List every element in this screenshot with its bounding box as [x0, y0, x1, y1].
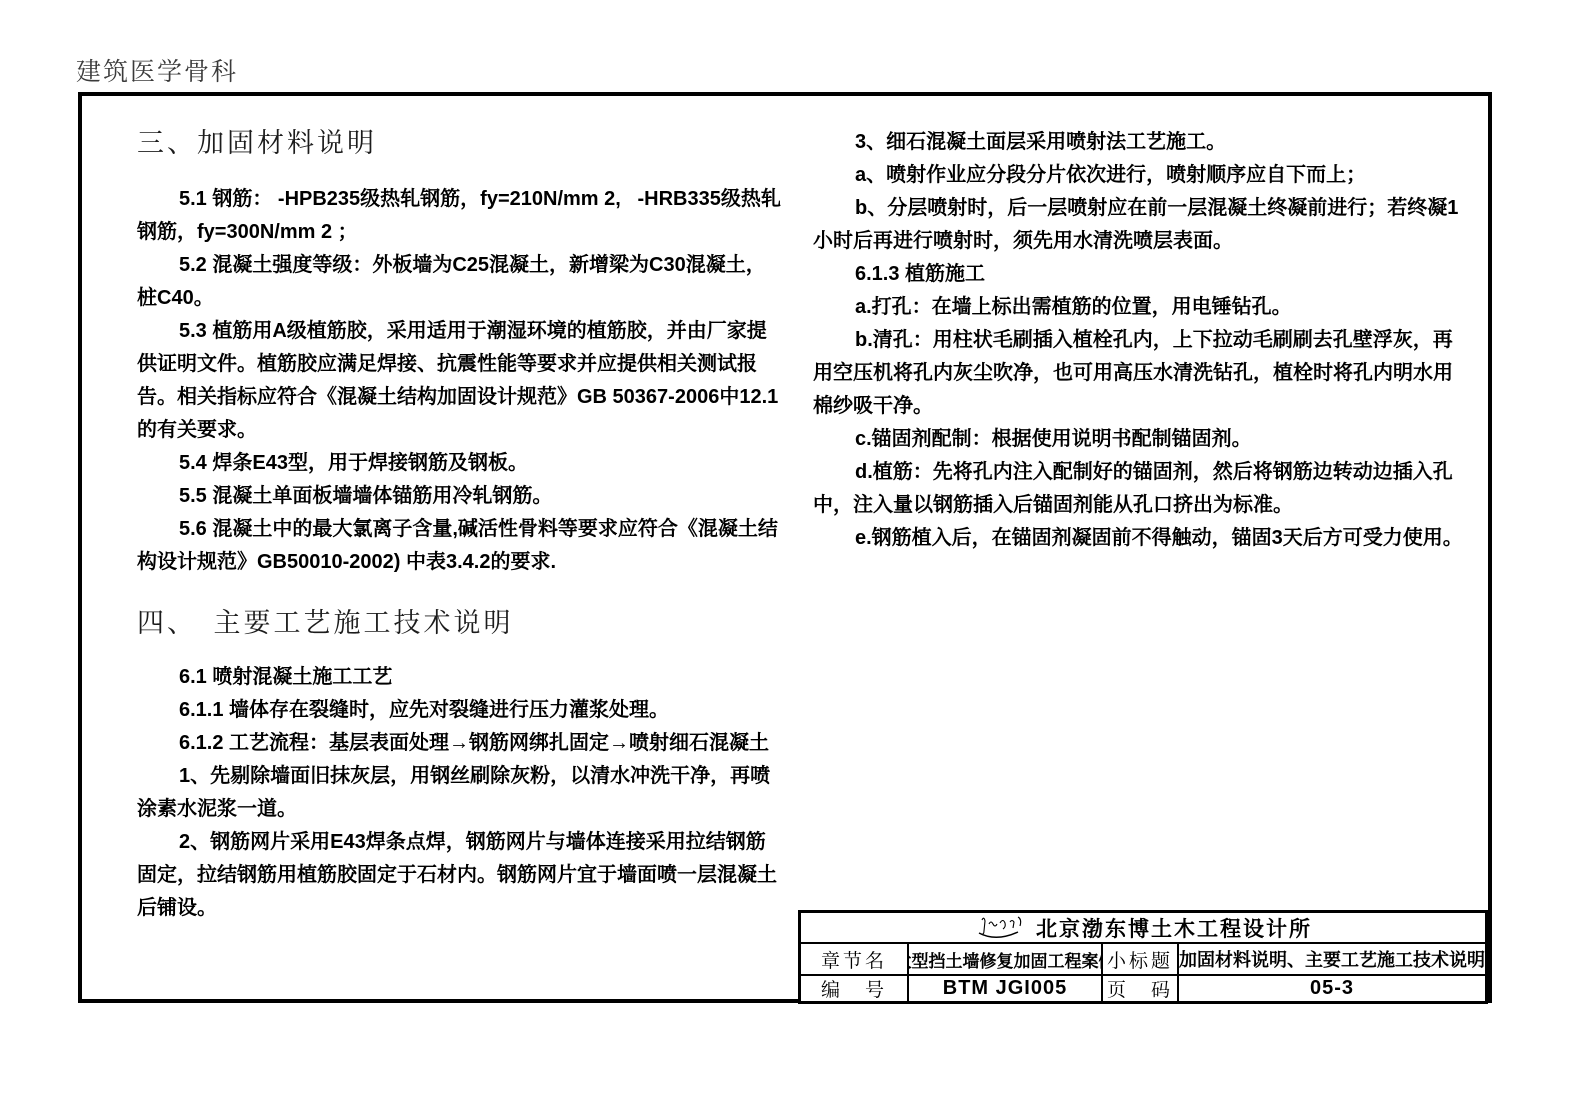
pagecode-label-cell: 页 码: [1101, 974, 1177, 1001]
section-4-item: 6.1.1 墙体存在裂缝时，应先对裂缝进行压力灌浆处理。: [137, 694, 782, 727]
section-4-item: 6.1.2 工艺流程：基层表面处理→钢筋网绑扎固定→喷射细石混凝土: [137, 727, 782, 760]
signature-logo-icon: [974, 914, 1026, 942]
subtitle-value-cell: 加固材料说明、主要工艺施工技术说明: [1177, 942, 1485, 974]
right-column-item: e.钢筋植入后，在锚固剂凝固前不得触动，锚固3天后方可受力使用。: [813, 522, 1463, 555]
section-3-item: 5.5 混凝土单面板墙墙体锚筋用冷轧钢筋。: [137, 480, 782, 513]
section-4-item: 2、钢筋网片采用E43焊条点焊，钢筋网片与墙体连接采用拉结钢筋固定，拉结钢筋用植…: [137, 826, 782, 925]
number-value-cell: BTM JGI005: [907, 974, 1101, 1001]
pagecode-value-cell: 05-3: [1177, 974, 1485, 1001]
title-block: 北京渤东博土木工程设计所 章节名 大型挡土墙修复加固工程案例 小标题 加固材料说…: [798, 910, 1488, 1004]
subtitle-value: 加固材料说明、主要工艺施工技术说明: [1179, 946, 1485, 972]
section-4-item: 1、先剔除墙面旧抹灰层，用钢丝刷除灰粉，以清水冲洗干净，再喷涂素水泥浆一道。: [137, 760, 782, 826]
number-label: 编 号: [821, 975, 887, 1001]
section-3-item: 5.2 混凝土强度等级：外板墙为C25混凝土，新增梁为C30混凝土，桩C40。: [137, 249, 782, 315]
right-column-item: a、喷射作业应分段分片依次进行，喷射顺序应自下而上；: [813, 159, 1463, 192]
page-header: 建筑医学骨科: [76, 52, 238, 88]
number-value: BTM JGI005: [943, 977, 1067, 1000]
right-column-item: 3、细石混凝土面层采用喷射法工艺施工。: [813, 126, 1463, 159]
right-column-item: 6.1.3 植筋施工: [813, 258, 1463, 291]
number-label-cell: 编 号: [801, 974, 907, 1001]
section-4-item: 6.1 喷射混凝土施工工艺: [137, 661, 782, 694]
section-3-item: 5.3 植筋用A级植筋胶，采用适用于潮湿环境的植筋胶，并由厂家提供证明文件。植筋…: [137, 315, 782, 447]
right-column: 3、细石混凝土面层采用喷射法工艺施工。 a、喷射作业应分段分片依次进行，喷射顺序…: [813, 126, 1463, 555]
pagecode-value: 05-3: [1310, 977, 1354, 1000]
chapter-value-cell: 大型挡土墙修复加固工程案例: [907, 942, 1101, 974]
right-column-item: d.植筋：先将孔内注入配制好的锚固剂，然后将钢筋边转动边插入孔中，注入量以钢筋插…: [813, 456, 1463, 522]
right-column-item: b、分层喷射时，后一层喷射应在前一层混凝土终凝前进行；若终凝1小时后再进行喷射时…: [813, 192, 1463, 258]
section-3-title: 三、加固材料说明: [137, 123, 782, 163]
title-block-company-row: 北京渤东博土木工程设计所: [801, 913, 1485, 942]
right-column-item: c.锚固剂配制：根据使用说明书配制锚固剂。: [813, 423, 1463, 456]
section-4-title: 四、 主要工艺施工技术说明: [137, 603, 782, 643]
section-3-item: 5.4 焊条E43型，用于焊接钢筋及钢板。: [137, 447, 782, 480]
company-name: 北京渤东博土木工程设计所: [1036, 913, 1312, 943]
left-column: 三、加固材料说明 5.1 钢筋： -HPB235级热轧钢筋，fy=210N/mm…: [137, 123, 782, 925]
subtitle-label: 小标题: [1107, 946, 1173, 973]
chapter-value: 大型挡土墙修复加固工程案例: [907, 947, 1101, 972]
right-column-item: a.打孔：在墙上标出需植筋的位置，用电锤钻孔。: [813, 291, 1463, 324]
subtitle-label-cell: 小标题: [1101, 942, 1177, 974]
section-3-item: 5.6 混凝土中的最大氯离子含量,碱活性骨料等要求应符合《混凝土结构设计规范》G…: [137, 513, 782, 579]
section-3-item: 5.1 钢筋： -HPB235级热轧钢筋，fy=210N/mm 2, -HRB3…: [137, 183, 782, 249]
chapter-label-cell: 章节名: [801, 942, 907, 974]
pagecode-label: 页 码: [1107, 975, 1173, 1001]
chapter-label: 章节名: [821, 946, 887, 973]
document-page: 建筑医学骨科 三、加固材料说明 5.1 钢筋： -HPB235级热轧钢筋，fy=…: [0, 0, 1571, 1098]
right-column-item: b.清孔：用柱状毛刷插入植栓孔内，上下拉动毛刷刷去孔壁浮灰，再用空压机将孔内灰尘…: [813, 324, 1463, 423]
